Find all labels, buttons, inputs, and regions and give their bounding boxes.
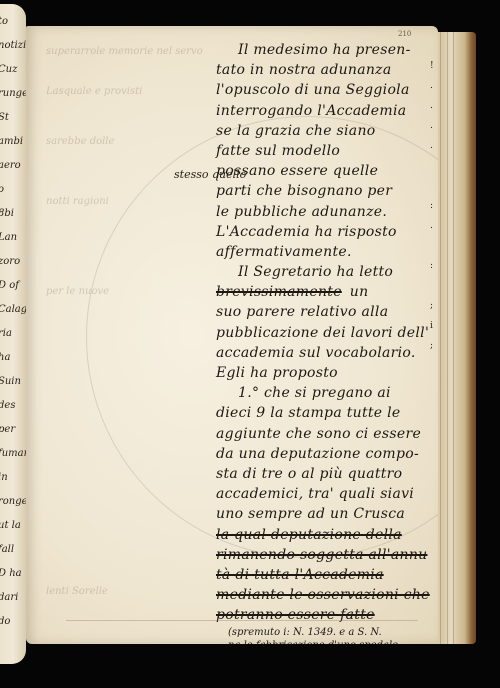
facing-page-fragment: D ha [0, 568, 22, 579]
text-line: pubblicazione dei lavori dell' [216, 323, 431, 343]
line-text: parti che bisognano per [216, 183, 392, 199]
text-line: Il Segretario ha letto [216, 262, 431, 282]
text-line: Egli ha proposto [216, 363, 431, 383]
line-text: interrogando l'Accademia [216, 103, 406, 119]
line-text: da una deputazione compo- [216, 446, 419, 462]
right-margin-marks: !....:.:;i; [430, 56, 438, 356]
line-text: Egli ha proposto [216, 365, 338, 381]
page-edge-line [453, 32, 454, 644]
facing-page-fragment: ambi [0, 136, 23, 147]
bleed-through-text: lenti Sorelle [46, 586, 108, 597]
struck-text-line: brevissimamenteun [216, 282, 431, 302]
line-text: pubblicazione dei lavori dell' [216, 325, 429, 341]
line-text: suo parere relativo alla [216, 304, 388, 320]
line-text: accademici, tra' quali siavi [216, 486, 414, 502]
text-line: se la grazia che siano [216, 121, 431, 141]
facing-page-fragment: in [0, 472, 8, 483]
facing-page-fragment: aero [0, 160, 21, 171]
facing-page-fragment: des [0, 400, 15, 411]
facing-page-fragment: Suin [0, 376, 21, 387]
footnote: (spremuto i: N. 1349. e a S. N. na le fa… [228, 626, 438, 644]
struck-text-line: la qual deputazione della [216, 525, 431, 545]
line-text: mediante le osservazioni che [216, 587, 430, 603]
line-text: se la grazia che siano [216, 123, 376, 139]
text-line: sta di tre o al più quattro [216, 464, 431, 484]
text-line: possano essere quelle [216, 161, 431, 181]
line-text: rimanendo soggetta all'annu [216, 547, 427, 563]
bleed-through-text: sarebbe dolle [46, 136, 114, 147]
bleed-through-text: superarrole memorie nel servo [46, 46, 203, 57]
manuscript-page: superarrole memorie nel servo Lasquale e… [26, 26, 438, 644]
folio-number: 210 [398, 30, 411, 38]
page-edge-line [440, 32, 441, 644]
line-text: affermativamente. [216, 244, 352, 260]
facing-page-fragment: fall [0, 544, 14, 555]
text-line: da una deputazione compo- [216, 444, 431, 464]
struck-text-line: tà di tutta l'Accademia [216, 565, 431, 585]
line-text: la qual deputazione della [216, 527, 402, 543]
line-text: Il Segretario ha letto [238, 264, 393, 280]
text-line: fatte sul modello [216, 141, 431, 161]
line-text: possano essere quelle [216, 163, 378, 179]
facing-page-fragment: notizie [0, 40, 26, 51]
page-edge-line [447, 32, 448, 644]
text-line: 1.° che si pregano ai [216, 383, 431, 403]
line-text: 1.° che si pregano ai [238, 385, 391, 401]
facing-page-fragment: ha [0, 352, 10, 363]
facing-page-fragment: o [0, 184, 4, 195]
line-text: le pubbliche adunanze. [216, 204, 387, 220]
footnote-separator [66, 620, 418, 621]
bleed-through-text: notti ragioni [46, 196, 109, 207]
line-text: fatte sul modello [216, 143, 340, 159]
facing-page-fragment: do [0, 616, 10, 627]
line-text: dieci 9 la stampa tutte le [216, 405, 401, 421]
facing-page-fragment: 8bi [0, 208, 14, 219]
text-line: interrogando l'Accademia [216, 101, 431, 121]
bleed-through-text: Lasquale e provisti [46, 86, 142, 97]
text-line: Il medesimo ha presen- [216, 40, 431, 60]
text-line: aggiunte che sono ci essere [216, 424, 431, 444]
facing-page-fragment: fumar [0, 448, 26, 459]
facing-page-edge: tonotizieCuzrungelStambiaeroo8biLanzoroD… [0, 4, 26, 664]
facing-page-fragment: Lan [0, 232, 17, 243]
line-text: accademia sul vocabolario. [216, 345, 416, 361]
facing-page-fragment: Cuz [0, 64, 17, 75]
text-line: dieci 9 la stampa tutte le [216, 403, 431, 423]
facing-page-fragment: Calag [0, 304, 26, 315]
text-line: accademici, tra' quali siavi [216, 484, 431, 504]
text-line: affermativamente. [216, 242, 431, 262]
text-line: uno sempre ad un Crusca [216, 504, 431, 524]
inline-word: un [350, 282, 369, 302]
line-text: aggiunte che sono ci essere [216, 426, 421, 442]
text-line: L'Accademia ha risposto [216, 222, 431, 242]
line-text: l'opuscolo di una Seggiola [216, 82, 410, 98]
line-text: tà di tutta l'Accademia [216, 567, 384, 583]
line-text: sta di tre o al più quattro [216, 466, 402, 482]
facing-page-fragment: zoro [0, 256, 20, 267]
facing-page-fragment: rongel [0, 496, 26, 507]
text-line: parti che bisognano per [216, 181, 431, 201]
bleed-through-text: per le nuove [46, 286, 109, 297]
facing-page-fragment: St [0, 112, 9, 123]
text-line: l'opuscolo di una Seggiola [216, 80, 431, 100]
facing-page-fragment: to [0, 16, 8, 27]
line-text: uno sempre ad un Crusca [216, 506, 405, 522]
facing-page-fragment: rungel [0, 88, 26, 99]
text-line: tato in nostra adunanza [216, 60, 431, 80]
facing-page-fragment: per [0, 424, 15, 435]
line-text: tato in nostra adunanza [216, 62, 392, 78]
text-line: suo parere relativo alla [216, 302, 431, 322]
text-line: accademia sul vocabolario. [216, 343, 431, 363]
footnote-line: (spremuto i: N. 1349. e a S. N. [228, 626, 438, 639]
footnote-line: na le fabbricazione d'uno spedale [228, 639, 438, 644]
struck-text-line: rimanendo soggetta all'annu [216, 545, 431, 565]
facing-page-fragment: D of [0, 280, 19, 291]
facing-page-fragment: ut la [0, 520, 21, 531]
facing-page-fragment: ria [0, 328, 12, 339]
text-line: le pubbliche adunanze. [216, 202, 431, 222]
struck-text-line: potranno essere fatte [216, 605, 431, 625]
line-text: L'Accademia ha risposto [216, 224, 397, 240]
line-text: Il medesimo ha presen- [238, 42, 411, 58]
facing-page-fragment: dari [0, 592, 18, 603]
struck-text-line: mediante le osservazioni che [216, 585, 431, 605]
line-text: brevissimamente [216, 284, 342, 300]
main-text-block: Il medesimo ha presen-tato in nostra adu… [216, 40, 431, 625]
